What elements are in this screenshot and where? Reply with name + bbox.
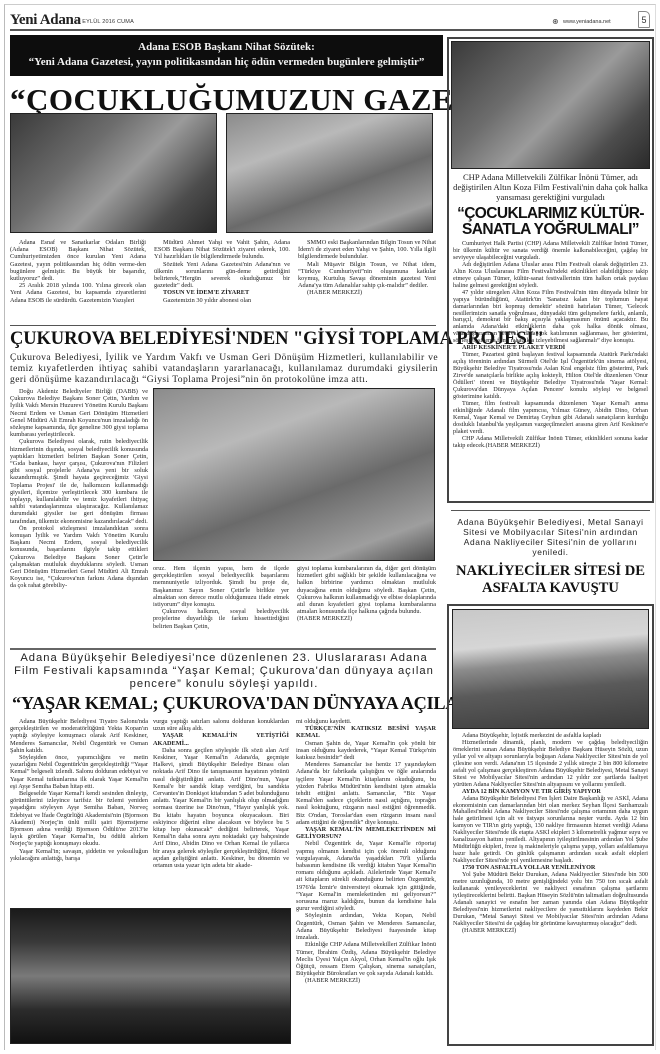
masthead-rule	[10, 29, 654, 31]
subhead: TÜRKÇE'NİN KATIKSIZ BESİNİ YAŞAR KEMAL	[296, 725, 436, 739]
divider	[10, 648, 436, 650]
headline-nakliyeciler: NAKLİYECİLER SİTESİ DE ASFALTA KAVUŞTU	[451, 563, 650, 597]
deck-nakliye: Adana Büyükşehir Belediyesi, Metal Sanay…	[451, 517, 650, 557]
byline: (HABER MERKEZİ)	[453, 928, 648, 935]
page-number: 5	[638, 11, 650, 28]
banner-line-2: “Yeni Adana Gazetesi, yayın politikasınd…	[10, 55, 443, 70]
byline: (HABER MERKEZİ)	[297, 615, 436, 622]
divider	[10, 325, 436, 326]
article-nakliye-body: Adana Büyükşehir, lojistik merkezini de …	[453, 733, 648, 935]
article-cukurova-col-1: Doğu Akdeniz Belediyeler Birliği (DABB) …	[10, 388, 148, 590]
quote-banner: Adana ESOB Başkanı Nihat Sözütek: “Yeni …	[10, 35, 443, 76]
byline: (HABER MERKEZİ)	[298, 289, 436, 296]
photo-road-paving	[452, 609, 649, 729]
photo-office-counter	[226, 113, 433, 233]
photo-festival-opening	[451, 41, 650, 169]
subhead: YAŞAR KEMALİ'İN YETİŞTİĞİ AKADEMİ...	[153, 732, 289, 746]
article-gazete-col-2: Müdürü Ahmet Yahşi ve Vahit Şahin, Adana…	[154, 239, 290, 304]
newspaper-logo: Yeni Adana	[10, 12, 81, 29]
byline: (HABER MERKEZİ)	[296, 977, 436, 984]
subhead: TOSUN VE İDEM'E ZİYARET	[154, 289, 290, 296]
photo-office-visit	[10, 113, 217, 233]
deck-yasar-kemal: Adana Büyükşehir Belediyesi'nce düzenlen…	[10, 652, 438, 691]
photo-group-on-stage	[10, 908, 291, 1044]
globe-icon: ⊛	[552, 17, 561, 26]
divider	[451, 510, 650, 511]
website-link[interactable]: www.yeniadana.net	[563, 19, 611, 25]
article-yasar-col-3: mi olduğunu kaydetti. TÜRKÇE'NİN KATIKSI…	[296, 718, 436, 985]
banner-line-1: Adana ESOB Başkanı Nihat Sözütek:	[10, 40, 443, 55]
article-tumer-body: Cumhuriyet Halk Partisi (CHP) Adana Mill…	[453, 241, 648, 450]
deck-cukurova: Çukurova Belediyesi, İyilik ve Yardım Va…	[10, 352, 438, 385]
article-cukurova-col-3: giysi toplama kumbaralarının da, diğer g…	[297, 565, 436, 623]
issue-date: 23 EYLÜL 2016 CUMA	[74, 19, 134, 25]
article-gazete-col-3: SMMO eski Başkanlarından Bilgin Tosun ve…	[298, 239, 436, 297]
article-yasar-col-2: vurgu yaptığı satırları salonu dolduran …	[153, 718, 289, 869]
photo-protocol-signing	[153, 388, 435, 561]
article-cukurova-col-2: oruz. Hem ilçenin yapısı, hem de ilçede …	[153, 565, 289, 630]
article-yasar-col-1: Adana Büyükşehir Belediyesi Tiyatro Salo…	[10, 718, 148, 862]
headline-kultur-sanat: “ÇOCUKLARIMIZ KÜLTÜR-SANATLA YOĞRULMALI”	[451, 206, 650, 238]
subhead: YAŞAR KEMAL'İN MEMLEKETİNDEN Mİ GELİYORS…	[296, 826, 436, 840]
article-gazete-col-1: Adana Esnaf ve Sanatkarlar Odaları Birli…	[10, 239, 146, 304]
caption-tumer: CHP Adana Milletvekili Zülfikar İnönü Tü…	[451, 172, 650, 202]
